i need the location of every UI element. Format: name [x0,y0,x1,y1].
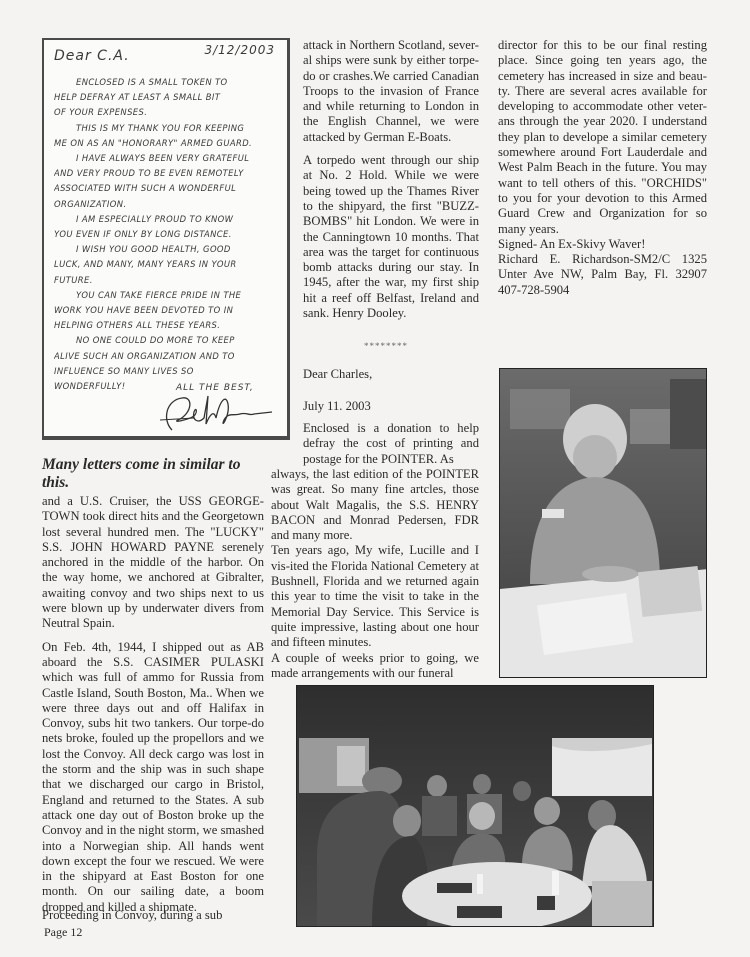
letter-line: luck, and many, many years in your [54,257,282,272]
letter-line: I am especially proud to know [54,212,282,227]
letter-line: work you have been devoted to in [54,303,282,318]
letter-date: 3/12/2003 [204,43,275,57]
paragraph: Ten years ago, My wife, Lucille and I vi… [271,543,479,650]
letter-line: helping others all these years. [54,318,282,333]
letter-greeting: Dear C.A. [54,48,130,64]
letter-line: alive such an organization and to [54,349,282,364]
letter-line: influence so many lives so [54,364,282,379]
photo-image [297,686,654,927]
letter-line: You can take fierce pride in the [54,288,282,303]
handwritten-letter: Dear C.A. 3/12/2003 Enclosed is a small … [42,38,290,440]
paragraph: director for this to be our final restin… [498,38,707,237]
photo-image [500,369,707,678]
article-column-1-end: Proceeding in Convoy, during a sub [42,908,264,923]
letter-line: I have always been very grateful [54,151,282,166]
photo-caption: Many letters come in similar to this. [42,456,264,492]
paragraph: attack in Northern Scotland, sever-al sh… [303,38,479,145]
letter-line: organization. [54,197,282,212]
paragraph: always, the last edition of the POINTER … [271,467,479,543]
letter-line: This is my thank you for keeping [54,121,282,136]
paragraph: On Feb. 4th, 1944, I shipped out as AB a… [42,640,264,915]
letter-line: me on as an "Honorary" Armed Guard. [54,136,282,151]
letter-date: July 11. 2003 [303,399,371,414]
photo-banquet-hall [296,685,654,927]
letter-body: always, the last edition of the POINTER … [271,467,479,681]
paragraph: A torpedo went through our ship at No. 2… [303,153,479,321]
letter-line: Enclosed is a small token to [54,75,282,90]
photo-woman-at-table [499,368,707,678]
letter-line: No one could do more to keep [54,333,282,348]
paragraph: Enclosed is a donation to help defray th… [303,421,479,467]
author-address: Richard E. Richardson-SM2/C 1325 Unter A… [498,252,707,298]
paragraph: A couple of weeks prior to going, we mad… [271,651,479,682]
letter-body: Enclosed is a small token tohelp defray … [54,75,282,394]
letter-line: you even if only by long distance. [54,227,282,242]
letter-line: future. [54,273,282,288]
paragraph: and a U.S. Cruiser, the USS GEORGE-TOWN … [42,494,264,632]
paragraph: Proceeding in Convoy, during a sub [42,908,264,923]
letter-salutation: Dear Charles, [303,367,372,382]
article-column-3: director for this to be our final restin… [498,38,707,298]
signoff: Signed- An Ex-Skivy Waver! [498,237,707,252]
letter-line: I wish you good health, good [54,242,282,257]
article-column-2: attack in Northern Scotland, sever-al sh… [303,38,479,321]
letter-opening: Enclosed is a donation to help defray th… [303,421,479,467]
article-column-1: and a U.S. Cruiser, the USS GEORGE-TOWN … [42,494,264,915]
letter-line: of your expenses. [54,105,282,120]
signature-icon [154,390,284,435]
page-number: Page 12 [44,925,82,940]
letter-line: help defray at least a small bit [54,90,282,105]
section-divider: ******** [364,341,408,351]
letter-line: and very proud to be even remotely [54,166,282,181]
letter-line: associated with such a wonderful [54,181,282,196]
